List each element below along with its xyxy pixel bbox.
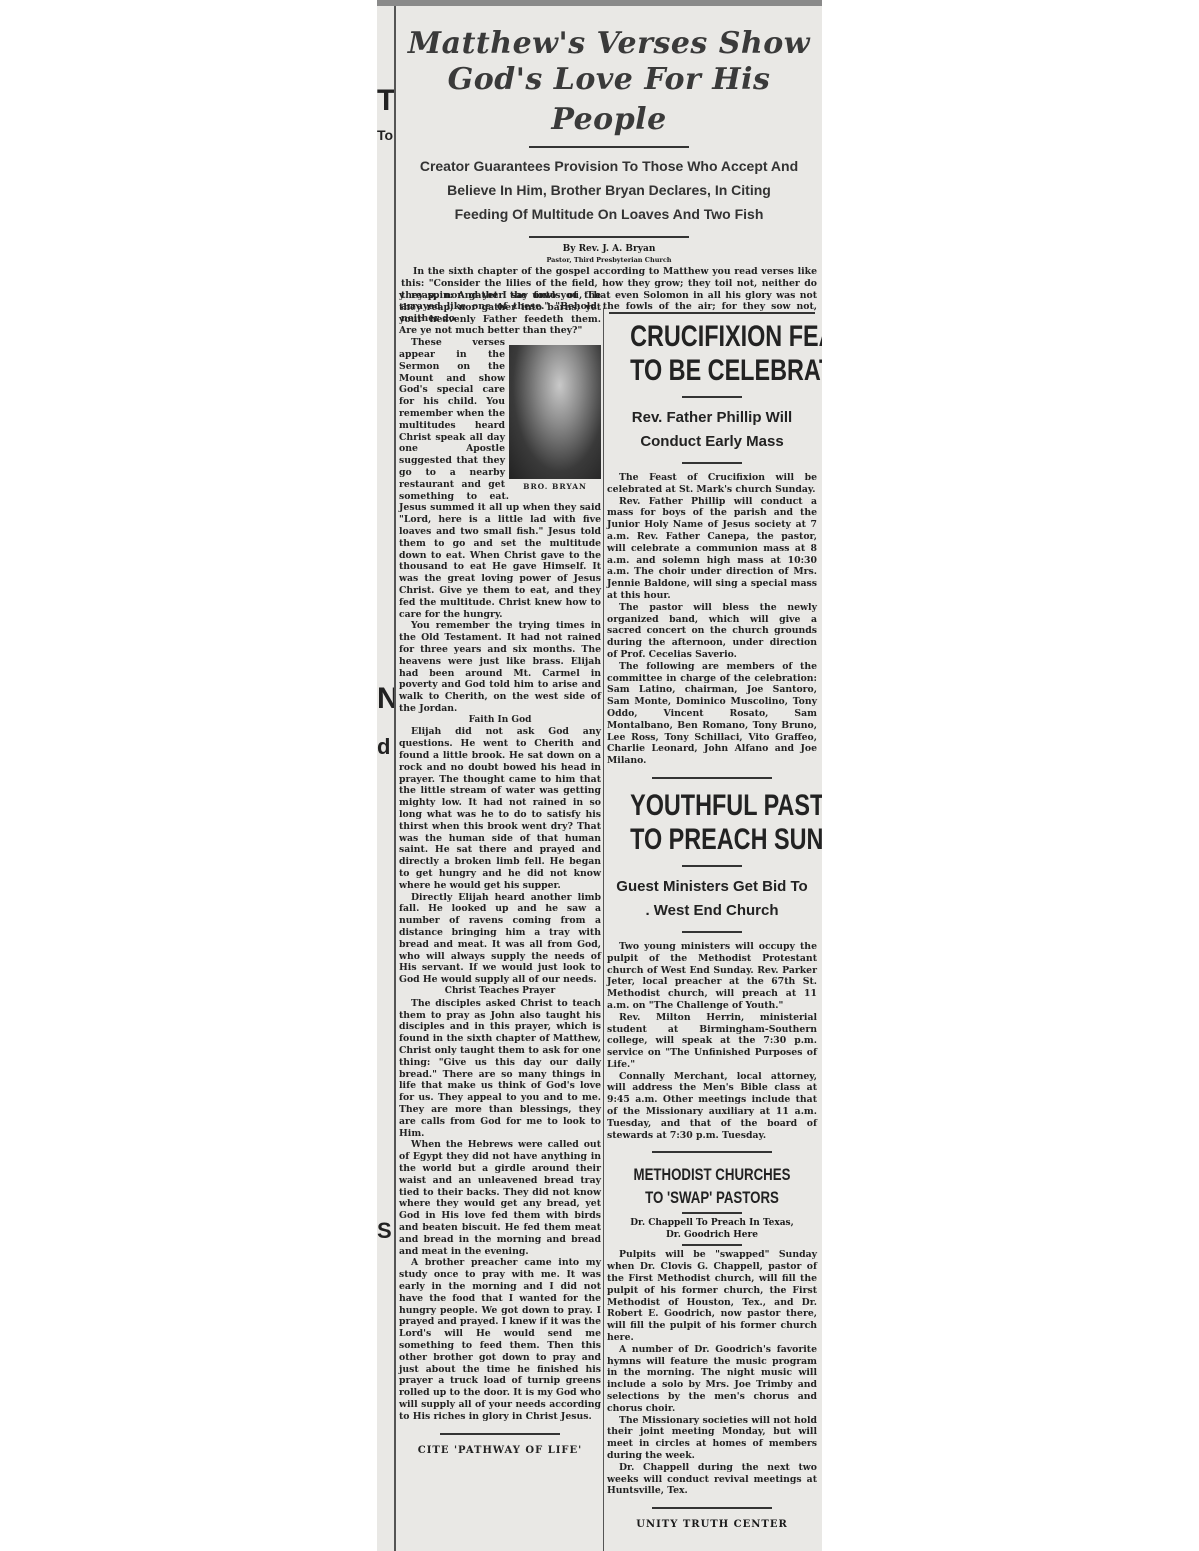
next-article-headline: UNITY TRUTH CENTER	[607, 1519, 817, 1530]
subhead: Faith In God	[399, 715, 601, 727]
deck-line-1: Creator Guarantees Provision To Those Wh…	[399, 154, 819, 178]
paragraph: Rev. Milton Herrin, ministerial student …	[607, 1012, 817, 1071]
photo-caption: BRO. BRYAN	[509, 481, 601, 493]
byline-name: By Rev. J. A. Bryan	[399, 244, 819, 255]
byline: By Rev. J. A. Bryan Pastor, Third Presby…	[399, 244, 819, 266]
paragraph: Dr. Chappell during the next two weeks w…	[607, 1462, 817, 1497]
paragraph: The following are members of the committ…	[607, 661, 817, 767]
crucifixion-article: CRUCIFIXION FEAST TO BE CELEBRATED Rev. …	[607, 320, 817, 767]
divider	[682, 931, 742, 933]
deck-line-1: Rev. Father Phillip Will	[607, 406, 817, 430]
headline-line-2: TO PREACH SUNDAY	[630, 823, 794, 857]
paragraph: A number of Dr. Goodrich's favorite hymn…	[607, 1344, 817, 1415]
deck-line-2: Conduct Early Mass	[607, 430, 817, 454]
divider	[529, 236, 689, 238]
divider	[652, 1151, 772, 1153]
gutter-letter: To	[377, 130, 393, 140]
newspaper-page: T To N d S Matthew's Verses Show God's L…	[377, 0, 822, 1551]
headline-line-1: METHODIST CHURCHES	[630, 1163, 794, 1186]
youthful-pastors-article: YOUTHFUL PASTORS TO PREACH SUNDAY Guest …	[607, 789, 817, 1142]
byline-role: Pastor, Third Presbyterian Church	[399, 255, 819, 266]
gutter-letter: T	[377, 86, 394, 116]
divider	[440, 1433, 560, 1435]
paragraph: A brother preacher came into my study on…	[399, 1257, 601, 1422]
next-article-headline: CITE 'PATHWAY OF LIFE'	[399, 1445, 601, 1457]
paragraph: y reap, nor gather the fowls of the they…	[399, 290, 601, 337]
deck-line-3: Feeding Of Multitude On Loaves And Two F…	[399, 202, 819, 226]
paragraph: Rev. Father Phillip will conduct a mass …	[607, 496, 817, 602]
divider	[682, 462, 742, 464]
paragraph: Elijah did not ask God any questions. He…	[399, 726, 601, 891]
deck-line-2: Dr. Goodrich Here	[607, 1229, 817, 1241]
methodist-article: METHODIST CHURCHES TO 'SWAP' PASTORS Dr.…	[607, 1163, 817, 1497]
deck-line-1: Dr. Chappell To Preach In Texas,	[607, 1217, 817, 1229]
paragraph: The Feast of Crucifixion will be celebra…	[607, 472, 817, 496]
main-article-header: Matthew's Verses Show God's Love For His…	[399, 6, 819, 325]
paragraph: The Missionary societies will not hold t…	[607, 1415, 817, 1462]
gutter-letter: S	[377, 1220, 392, 1242]
headline-line-2: TO 'SWAP' PASTORS	[630, 1186, 794, 1209]
adjacent-column-fragment: T To N d S	[377, 6, 394, 1551]
paragraph: The pastor will bless the newly organize…	[607, 602, 817, 661]
main-article-body: y reap, nor gather the fowls of the they…	[399, 290, 601, 1456]
headline-line-2: TO BE CELEBRATED	[630, 354, 794, 388]
divider	[609, 312, 815, 314]
subhead: Christ Teaches Prayer	[399, 986, 601, 998]
divider	[529, 146, 689, 148]
paragraph: Directly Elijah heard another limb fall.…	[399, 892, 601, 986]
divider	[682, 1244, 742, 1246]
paragraph: Two young ministers will occupy the pulp…	[607, 941, 817, 1012]
right-column: CRUCIFIXION FEAST TO BE CELEBRATED Rev. …	[607, 312, 817, 1530]
column-rule	[603, 308, 604, 1551]
paragraph: The disciples asked Christ to teach them…	[399, 998, 601, 1140]
headline-line-2: God's Love For His People	[399, 60, 819, 140]
divider	[682, 396, 742, 398]
headline-line-1: YOUTHFUL PASTORS	[630, 789, 794, 823]
divider	[652, 1507, 772, 1509]
headline-line-1: Matthew's Verses Show	[399, 24, 819, 64]
deck-line-2: Believe In Him, Brother Bryan Declares, …	[399, 178, 819, 202]
author-photo	[509, 345, 601, 479]
paragraph: You remember the trying times in the Old…	[399, 620, 601, 714]
deck-line-2: . West End Church	[607, 899, 817, 923]
paragraph: When the Hebrews were called out of Egyp…	[399, 1139, 601, 1257]
deck-line-1: Guest Ministers Get Bid To	[607, 875, 817, 899]
gutter-letter: N	[377, 684, 394, 714]
divider	[682, 865, 742, 867]
paragraph: Pulpits will be "swapped" Sunday when Dr…	[607, 1249, 817, 1343]
divider	[682, 1212, 742, 1214]
headline-line-1: CRUCIFIXION FEAST	[630, 320, 794, 354]
gutter-letter: d	[377, 736, 390, 758]
paragraph: Connally Merchant, local attorney, will …	[607, 1071, 817, 1142]
column-rule	[394, 6, 396, 1551]
divider	[652, 777, 772, 779]
